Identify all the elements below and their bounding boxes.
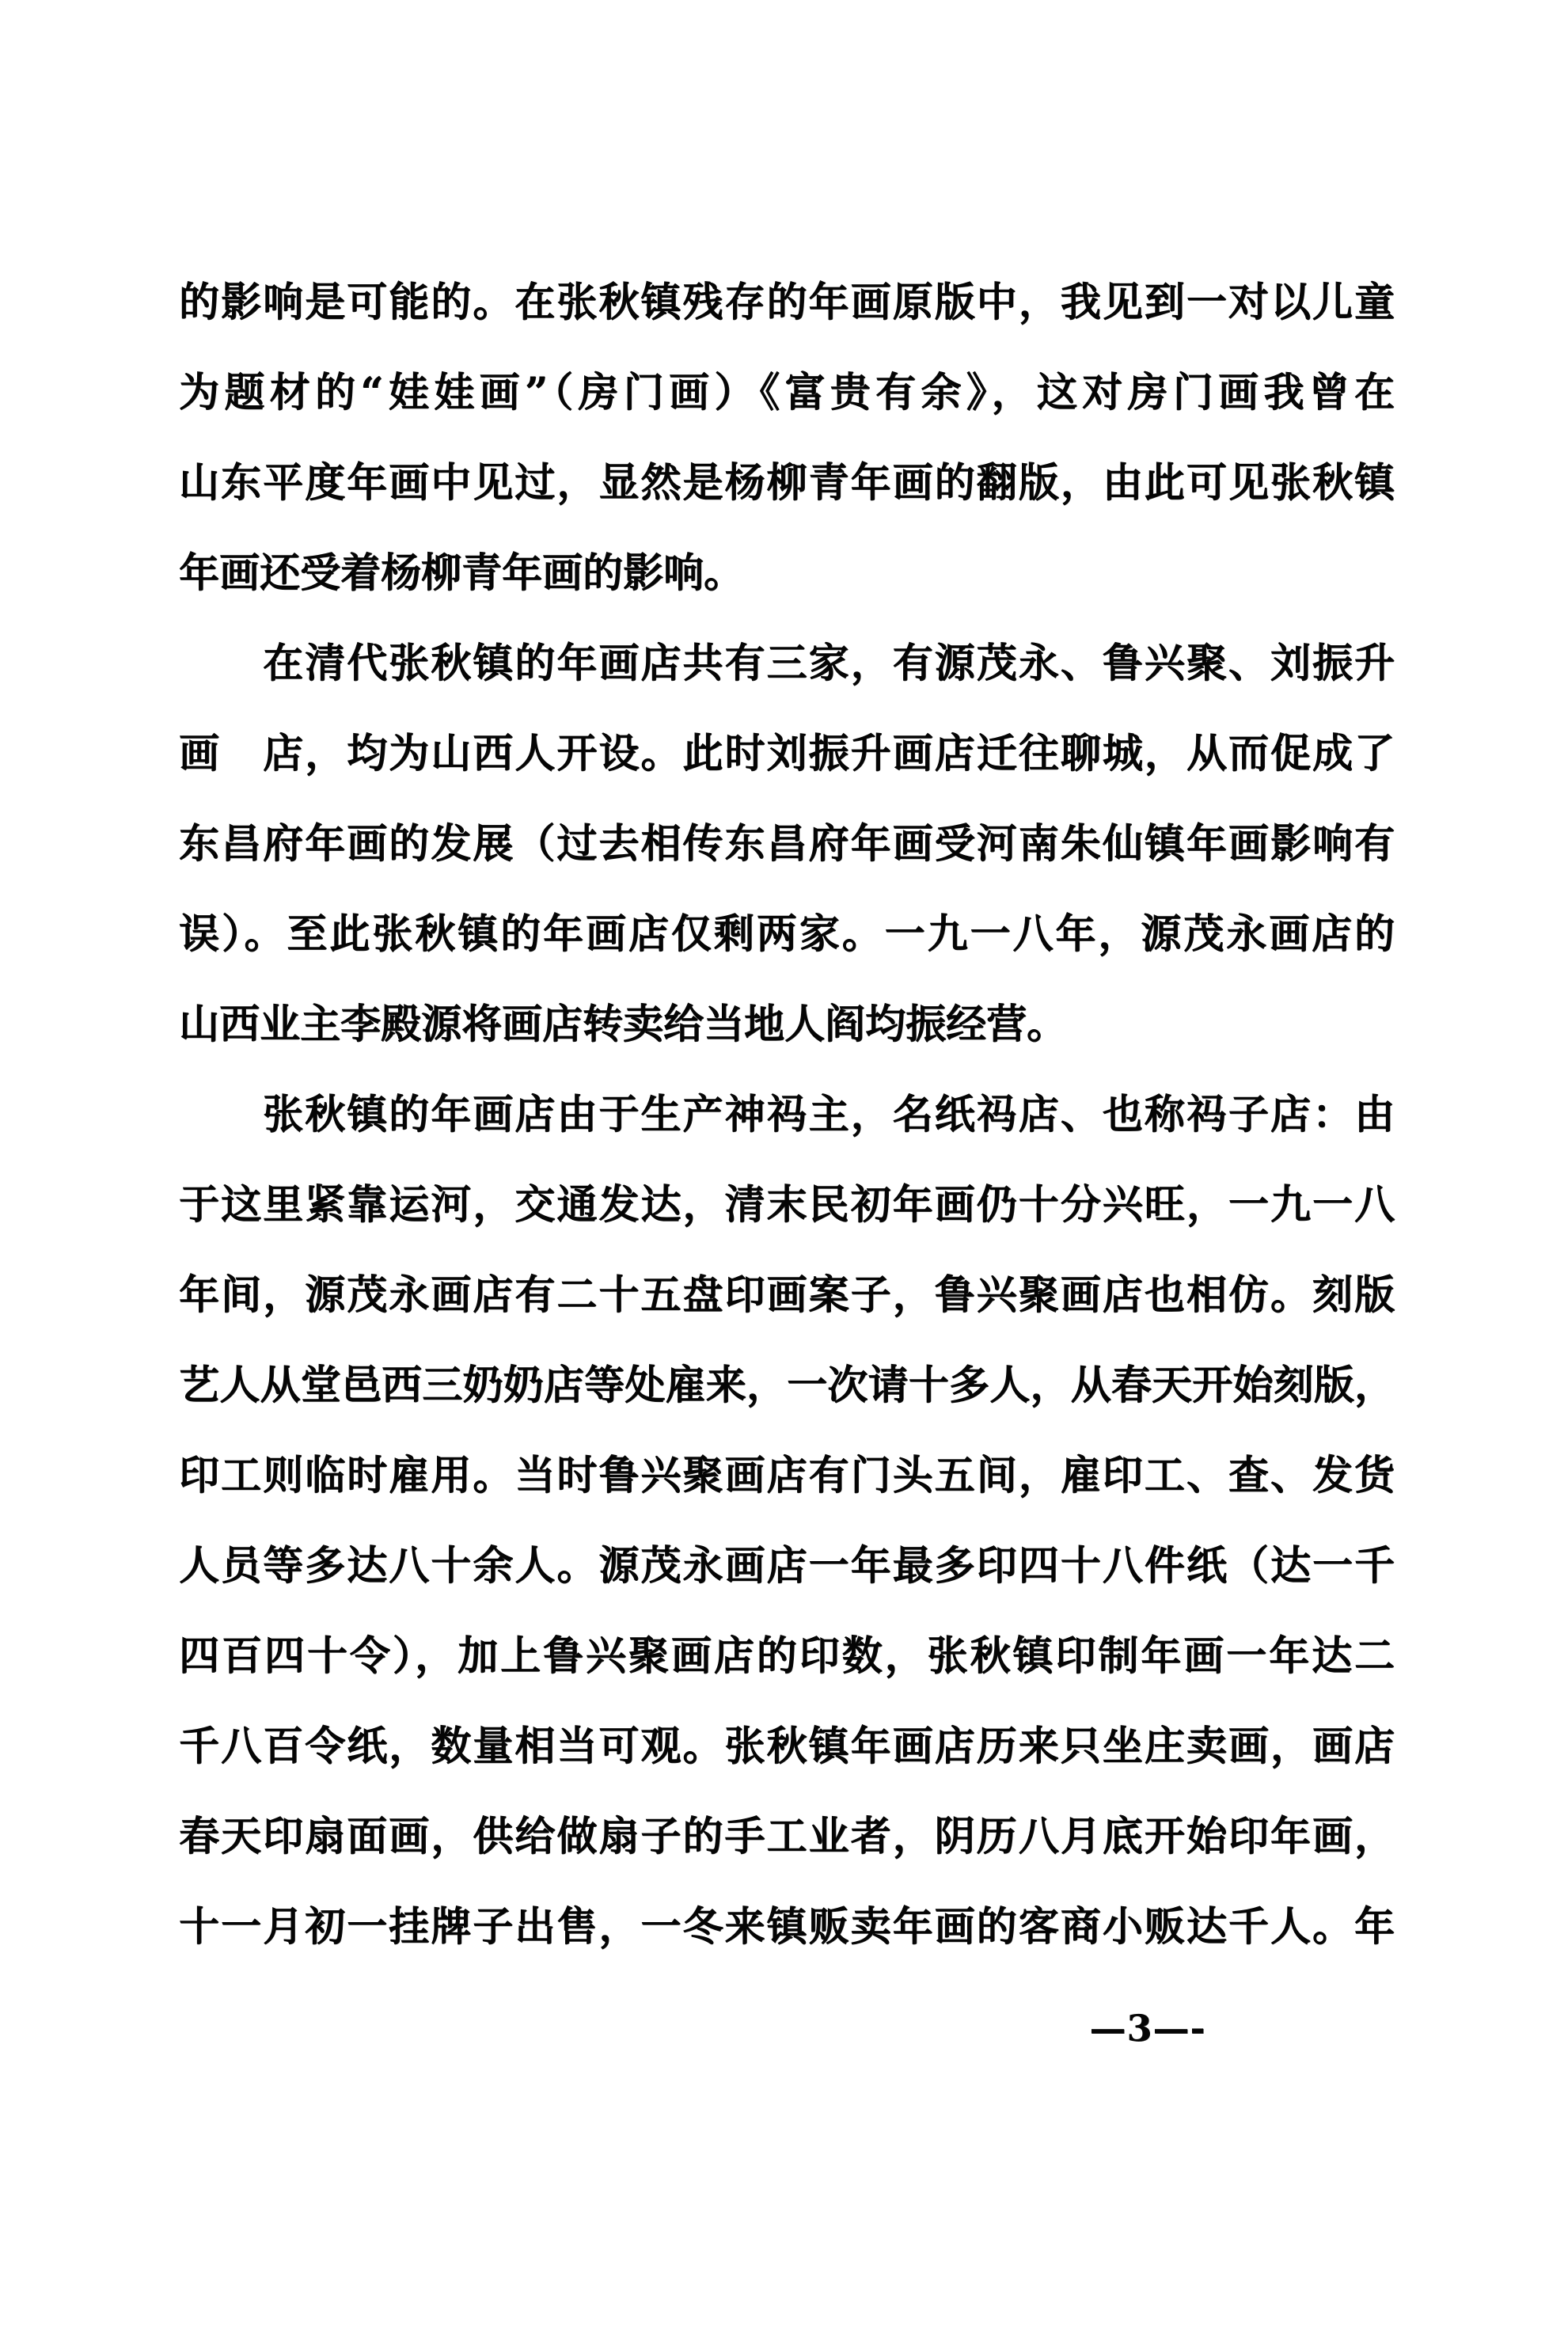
text-line-3: 山东平度年画中见过，显然是杨柳青年画的翻版，由此可见张秋镇 — [179, 438, 1395, 528]
text-line-16: 四百四十令），加上鲁兴聚画店的印数，张秋镇印制年画一年达二 — [179, 1611, 1395, 1701]
text-line-9: 山西业主李殿源将画店转卖给当地人阎均振经营。 — [179, 979, 1395, 1070]
text-line-2: 为题材的“娃娃画”（房门画）《富贵有余》，这对房门画我曾在 — [179, 348, 1395, 438]
text-line-14: 印工则临时雇用。当时鲁兴聚画店有门头五间，雇印工、查、发货 — [179, 1430, 1395, 1521]
page-number: —3—- — [1053, 1989, 1243, 2068]
text-line-18: 春天印扇面画，供给做扇子的手工业者，阴历八月底开始印年画， — [179, 1791, 1395, 1882]
text-line-4: 年画还受着杨柳青年画的影响。 — [179, 528, 1395, 618]
text-line-11: 于这里紧靠运河，交通发达，清末民初年画仍十分兴旺，一九一八 — [179, 1160, 1395, 1250]
text-line-6: 画 店，均为山西人开设。此时刘振升画店迁往聊城，从而促成了 — [179, 709, 1395, 799]
text-line-10: 张秋镇的年画店由于生产神祃主，名纸祃店、也称祃子店：由 — [179, 1070, 1395, 1160]
text-line-8: 误）。至此张秋镇的年画店仅剩两家。一九一八年，源茂永画店的 — [179, 889, 1395, 979]
text-line-5: 在清代张秋镇的年画店共有三家，有源茂永、鲁兴聚、刘振升 — [179, 618, 1395, 709]
text-line-17: 千八百令纸，数量相当可观。张秋镇年画店历来只坐庄卖画，画店 — [179, 1701, 1395, 1791]
body-text-block: 的影响是可能的。在张秋镇残存的年画原版中，我见到一对以儿童 为题材的“娃娃画”（… — [179, 257, 1395, 1972]
scanned-document-page: 的影响是可能的。在张秋镇残存的年画原版中，我见到一对以儿童 为题材的“娃娃画”（… — [0, 0, 1568, 2329]
text-line-12: 年间，源茂永画店有二十五盘印画案子，鲁兴聚画店也相仿。刻版 — [179, 1250, 1395, 1340]
text-line-1: 的影响是可能的。在张秋镇残存的年画原版中，我见到一对以儿童 — [179, 257, 1395, 348]
text-line-13: 艺人从堂邑西三奶奶店等处雇来，一次请十多人，从春天开始刻版， — [179, 1340, 1395, 1430]
text-line-15: 人员等多达八十余人。源茂永画店一年最多印四十八件纸（达一千 — [179, 1521, 1395, 1611]
text-line-19: 十一月初一挂牌子出售，一冬来镇贩卖年画的客商小贩达千人。年 — [179, 1882, 1395, 1972]
text-line-7: 东昌府年画的发展（过去相传东昌府年画受河南朱仙镇年画影响有 — [179, 799, 1395, 889]
